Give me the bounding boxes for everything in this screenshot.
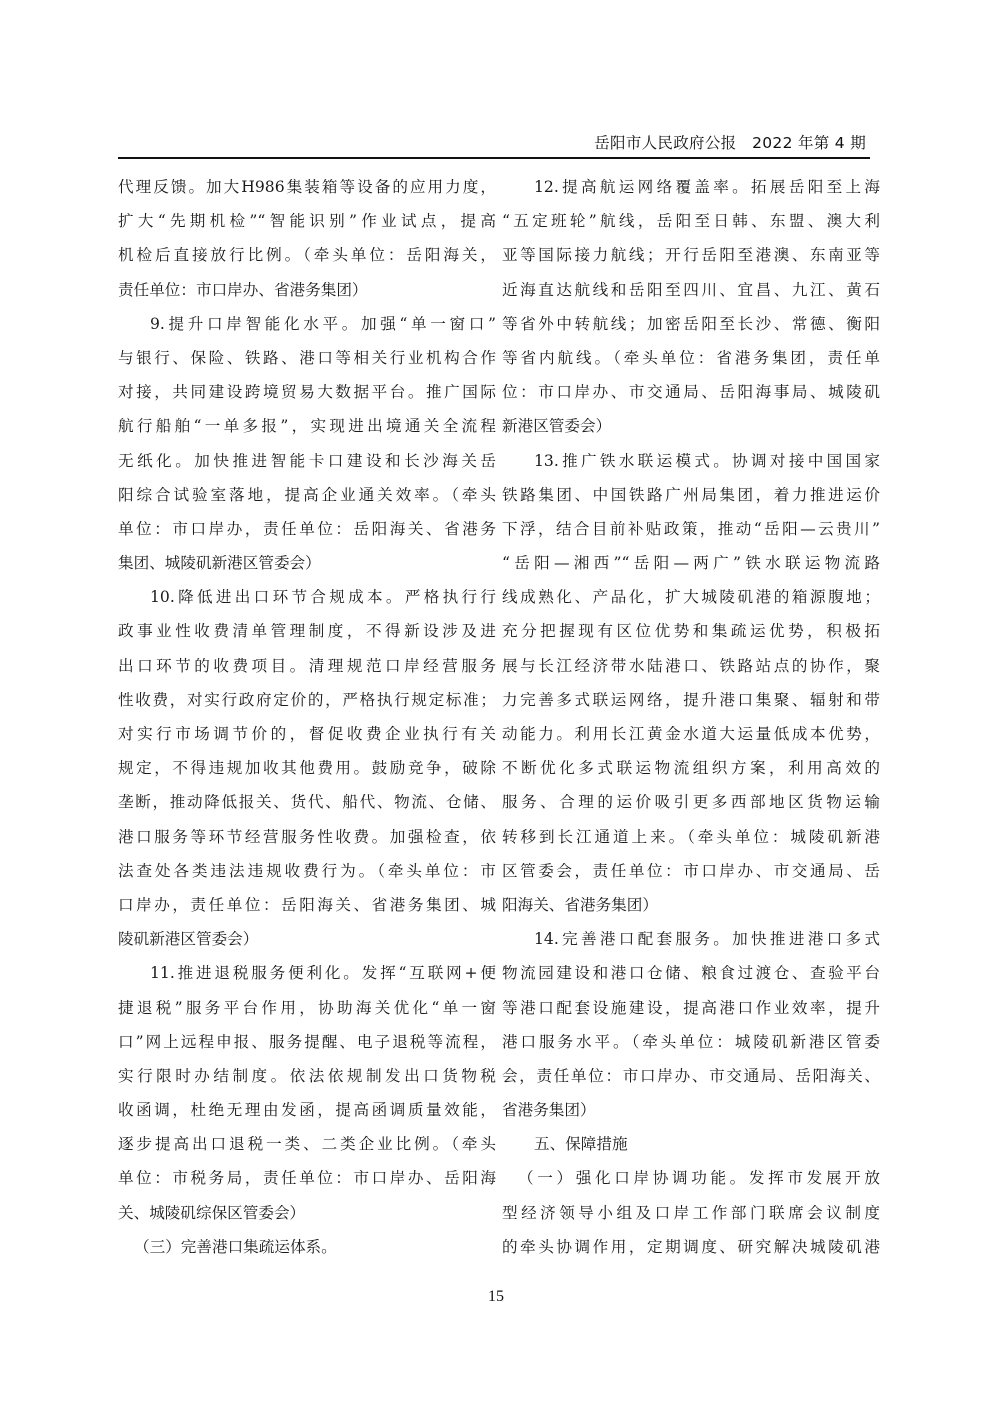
text-line: 11.推进退税服务便利化。发挥“互联网+便 — [118, 956, 496, 990]
text-line: 单位：市税务局，责任单位：市口岸办、岳阳海 — [118, 1161, 496, 1195]
page-number: 15 — [0, 1288, 992, 1306]
text-line: 规定，不得违规加收其他费用。鼓励竞争，破除 — [118, 751, 496, 785]
text-line: 不断优化多式联运物流组织方案，利用高效的 — [502, 751, 880, 785]
text-line: 扩大“先期机检”“智能识别”作业试点，提高 — [118, 204, 496, 238]
text-line: 集团、城陵矶新港区管委会） — [118, 546, 496, 580]
text-line: 型经济领导小组及口岸工作部门联席会议制度 — [502, 1196, 880, 1230]
text-line: （一）强化口岸协调功能。发挥市发展开放 — [502, 1161, 880, 1195]
text-line: 的牵头协调作用，定期调度、研究解决城陵矶港 — [502, 1230, 880, 1264]
text-line: 代理反馈。加大H986集装箱等设备的应用力度， — [118, 170, 496, 204]
page-header: 岳阳市人民政府公报 2022 年第 4 期 — [118, 128, 870, 158]
text-line: 收函调，杜绝无理由发函，提高函调质量效能， — [118, 1093, 496, 1127]
left-column: 代理反馈。加大H986集装箱等设备的应用力度，扩大“先期机检”“智能识别”作业试… — [118, 170, 496, 1264]
text-line: 力完善多式联运网络，提升港口集聚、辐射和带 — [502, 683, 880, 717]
text-line: 区管委会，责任单位：市口岸办、市交通局、岳 — [502, 854, 880, 888]
text-line: 阳海关、省港务集团） — [502, 888, 880, 922]
text-line: 性收费，对实行政府定价的，严格执行规定标准； — [118, 683, 496, 717]
text-line: 线成熟化、产品化，扩大城陵矶港的箱源腹地； — [502, 580, 880, 614]
text-line: 港口服务等环节经营服务性收费。加强检查，依 — [118, 820, 496, 854]
publication-title: 岳阳市人民政府公报 2022 年第 4 期 — [594, 131, 866, 153]
text-line: 新港区管委会） — [502, 409, 880, 443]
text-line: 法查处各类违法违规收费行为。（牵头单位：市 — [118, 854, 496, 888]
text-line: 10.降低进出口环节合规成本。严格执行行 — [118, 580, 496, 614]
text-line: 与银行、保险、铁路、港口等相关行业机构合作 — [118, 341, 496, 375]
text-line: 捷退税”服务平台作用，协助海关优化“单一窗 — [118, 991, 496, 1025]
text-line: 政事业性收费清单管理制度，不得新设涉及进 — [118, 614, 496, 648]
text-line: 12.提高航运网络覆盖率。拓展岳阳至上海 — [502, 170, 880, 204]
text-line: 物流园建设和港口仓储、粮食过渡仓、查验平台 — [502, 956, 880, 990]
text-line: 垄断，推动降低报关、货代、船代、物流、仓储、 — [118, 785, 496, 819]
text-line: 实行限时办结制度。依法依规制发出口货物税 — [118, 1059, 496, 1093]
right-column: 12.提高航运网络覆盖率。拓展岳阳至上海“五定班轮”航线，岳阳至日韩、东盟、澳大… — [502, 170, 880, 1264]
text-line: 口岸办，责任单位：岳阳海关、省港务集团、城 — [118, 888, 496, 922]
text-line: 会，责任单位：市口岸办、市交通局、岳阳海关、 — [502, 1059, 880, 1093]
text-line: 航行船舶“一单多报”，实现进出境通关全流程 — [118, 409, 496, 443]
text-line: 位：市口岸办、市交通局、岳阳海事局、城陵矶 — [502, 375, 880, 409]
text-line: 13.推广铁水联运模式。协调对接中国国家 — [502, 444, 880, 478]
text-line: 出口环节的收费项目。清理规范口岸经营服务 — [118, 649, 496, 683]
text-line: 铁路集团、中国铁路广州局集团，着力推进运价 — [502, 478, 880, 512]
text-line: 逐步提高出口退税一类、二类企业比例。（牵头 — [118, 1127, 496, 1161]
text-line: 服务、合理的运价吸引更多西部地区货物运输 — [502, 785, 880, 819]
text-line: 等省外中转航线；加密岳阳至长沙、常德、衡阳 — [502, 307, 880, 341]
text-line: 机检后直接放行比例。（牵头单位：岳阳海关， — [118, 238, 496, 272]
text-line: 五、保障措施 — [502, 1127, 880, 1161]
text-line: 亚等国际接力航线；开行岳阳至港澳、东南亚等 — [502, 238, 880, 272]
header-divider — [118, 157, 870, 159]
text-line: 阳综合试验室落地，提高企业通关效率。（牵头 — [118, 478, 496, 512]
text-line: 9.提升口岸智能化水平。加强“单一窗口” — [118, 307, 496, 341]
text-line: 关、城陵矶综保区管委会） — [118, 1196, 496, 1230]
text-line: 对实行市场调节价的，督促收费企业执行有关 — [118, 717, 496, 751]
text-line: 14.完善港口配套服务。加快推进港口多式 — [502, 922, 880, 956]
text-line: 无纸化。加快推进智能卡口建设和长沙海关岳 — [118, 444, 496, 478]
text-line: 对接，共同建设跨境贸易大数据平台。推广国际 — [118, 375, 496, 409]
text-line: （三）完善港口集疏运体系。 — [118, 1230, 496, 1264]
text-line: 近海直达航线和岳阳至四川、宜昌、九江、黄石 — [502, 273, 880, 307]
text-line: “岳阳—湘西”“岳阳—两广”铁水联运物流路 — [502, 546, 880, 580]
text-line: 动能力。利用长江黄金水道大运量低成本优势， — [502, 717, 880, 751]
text-line: 下浮，结合目前补贴政策，推动“岳阳—云贵川” — [502, 512, 880, 546]
text-line: 展与长江经济带水陆港口、铁路站点的协作，聚 — [502, 649, 880, 683]
text-line: 充分把握现有区位优势和集疏运优势，积极拓 — [502, 614, 880, 648]
text-line: 陵矶新港区管委会） — [118, 922, 496, 956]
text-line: 等港口配套设施建设，提高港口作业效率，提升 — [502, 991, 880, 1025]
text-line: “五定班轮”航线，岳阳至日韩、东盟、澳大利 — [502, 204, 880, 238]
text-line: 口”网上远程申报、服务提醒、电子退税等流程， — [118, 1025, 496, 1059]
text-line: 责任单位：市口岸办、省港务集团） — [118, 273, 496, 307]
text-line: 转移到长江通道上来。（牵头单位：城陵矶新港 — [502, 820, 880, 854]
text-line: 港口服务水平。（牵头单位：城陵矶新港区管委 — [502, 1025, 880, 1059]
text-line: 省港务集团） — [502, 1093, 880, 1127]
text-line: 等省内航线。（牵头单位：省港务集团，责任单 — [502, 341, 880, 375]
text-line: 单位：市口岸办，责任单位：岳阳海关、省港务 — [118, 512, 496, 546]
